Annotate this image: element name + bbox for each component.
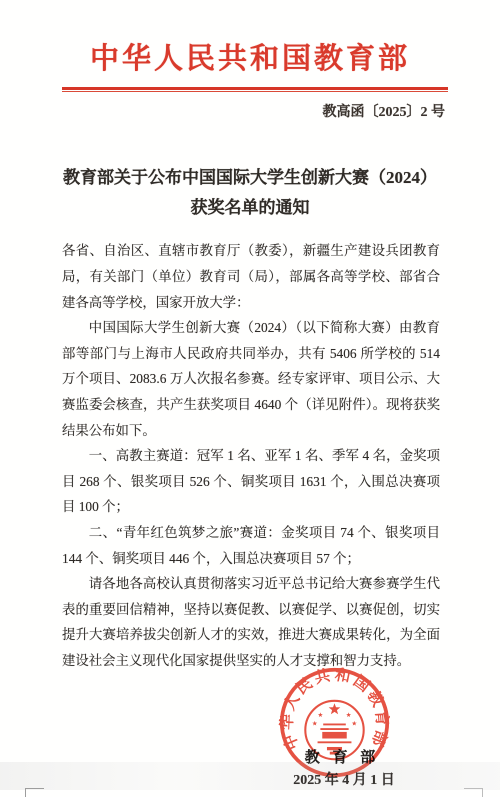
national-emblem-icon [305,701,363,759]
paragraph-closing-instructions: 请各地各高校认真贯彻落实习近平总书记给大赛参赛学生代表的重要回信精神，坚持以赛促… [62,571,440,673]
letterhead-title: 中华人民共和国教育部 [0,0,500,77]
emblem-small-star-icon [312,721,317,726]
red-separator-line [62,87,448,92]
emblem-big-star-icon [329,703,341,714]
document-page: 中华人民共和国教育部 教高函〔2025〕2 号 教育部关于公布中国国际大学生创新… [0,0,500,797]
emblem-small-star-icon [352,721,357,726]
notice-title-line-1: 教育部关于公布中国国际大学生创新大赛（2024） [30,163,470,193]
emblem-small-star-icon [318,712,323,717]
paragraph-red-journey-track-awards: 二、“青年红色筑梦之旅”赛道：金奖项目 74 个、银奖项目 144 个、铜奖项目… [62,520,440,571]
notice-body: 各省、自治区、直辖市教育厅（教委），新疆生产建设兵团教育局，有关部门（单位）教育… [62,238,440,673]
separator-thick-line [62,87,448,90]
paragraph-addressees: 各省、自治区、直辖市教育厅（教委），新疆生产建设兵团教育局，有关部门（单位）教育… [62,238,440,315]
notice-title-line-2: 获奖名单的通知 [30,193,470,223]
emblem-small-star-icon [346,712,351,717]
scan-corner-mark-left [25,788,44,797]
scan-corner-mark-right [464,788,483,797]
notice-title: 教育部关于公布中国国际大学生创新大赛（2024） 获奖名单的通知 [30,163,470,223]
document-number: 教高函〔2025〕2 号 [0,101,500,121]
paragraph-competition-overview: 中国国际大学生创新大赛（2024）（以下简称大赛）由教育部等部门与上海市人民政府… [62,315,440,443]
emblem-gate-icon [318,724,352,754]
separator-thin-line [62,91,448,92]
paragraph-main-track-awards: 一、高教主赛道：冠军 1 名、亚军 1 名、季军 4 名，金奖项目 268 个、… [62,443,440,520]
official-seal: 中华人民共和国教育部 [278,666,391,779]
